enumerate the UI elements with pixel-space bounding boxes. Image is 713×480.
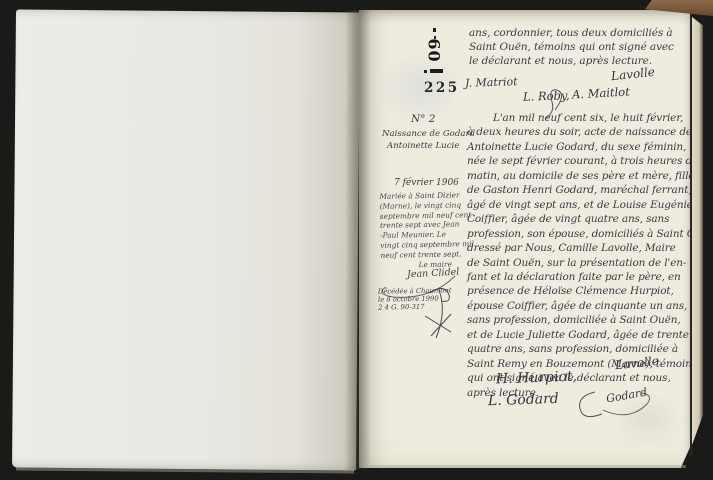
folio-number: 225: [424, 80, 460, 96]
handwritten-line: de Saint Ouën, sur la présentation de l'…: [467, 256, 690, 270]
signature-roby: L. Roby,: [523, 88, 570, 104]
margin-date: 7 février 1906: [394, 178, 459, 188]
handwritten-line: épouse Coiffier, âgée de cinquante un an…: [467, 299, 690, 313]
handwritten-line: matin, au domicile de ses père et mère, …: [467, 169, 690, 183]
book-gutter-shadow: [345, 10, 371, 470]
handwritten-line: profession, son épouse, domiciliés à Sai…: [467, 227, 690, 241]
handwritten-line: fant et la déclaration faite par le père…: [467, 270, 690, 284]
margin-title: Naissance de Godard: [382, 129, 475, 139]
handwritten-line: de Gaston Henri Godard, maréchal ferrant…: [467, 183, 690, 197]
stamp-mark: [433, 28, 436, 32]
signature-maitlot: A. Maitlot: [572, 84, 630, 101]
handwritten-line: née le sept février courant, à trois heu…: [467, 154, 690, 168]
page-stack-edge: [362, 465, 686, 468]
handwritten-line: et de Lucie Juliette Godard, âgée de tre…: [467, 328, 690, 342]
handwritten-line: neuf cent trente sept.: [380, 249, 474, 260]
handwritten-line: à deux heures du soir, acte de naissance…: [467, 125, 690, 139]
death-marginal-mention: Décédée à Chaumont le 8 octobre 1990 2 4…: [378, 286, 452, 312]
stamp-mark: [424, 70, 427, 73]
left-page-blank: [12, 10, 360, 471]
photographed-register-spread: 60 225 ans, cordonnier, tous deux domici…: [0, 0, 713, 480]
previous-act-fragment: ans, cordonnier, tous deux domiciliés à …: [469, 26, 674, 68]
handwritten-line: Saint Ouën, témoins qui ont signé avec: [469, 40, 674, 54]
signature-matriot: J. Matriot: [465, 75, 518, 90]
stamp-mark: [430, 69, 443, 73]
handwritten-line: présence de Héloïse Clémence Hurpiot,: [467, 284, 690, 298]
handwritten-line: Coiffier, âgée de vingt quatre ans, sans: [467, 212, 690, 226]
page-stack-edge: [692, 17, 703, 445]
handwritten-line: Antoinette Lucie Godard, du sexe féminin…: [467, 140, 690, 154]
act-number: N° 2: [411, 113, 435, 125]
handwritten-line: dressé par Nous, Camille Lavolle, Maire: [467, 241, 690, 255]
handwritten-line: ans, cordonnier, tous deux domiciliés à: [469, 26, 674, 40]
handwritten-line: sans profession, domiciliée à Saint Ouën…: [467, 313, 690, 327]
signature-l-godard: L. Godard: [488, 391, 559, 409]
handwritten-line: âgé de vingt sept ans, et de Louise Eugé…: [467, 198, 690, 212]
folio-stamp-vertical: 60: [425, 38, 444, 62]
marriage-marginal-mention: Mariée à Saint Dizier (Marne), le vingt …: [379, 190, 474, 270]
signature-mayor-mention: Jean Clidel: [407, 267, 460, 281]
handwritten-line: L'an mil neuf cent six, le huit février,: [467, 111, 690, 125]
margin-title: Antoinette Lucie: [387, 141, 459, 151]
signature-hurpiot: H. Hurpiot,: [496, 369, 577, 388]
right-page: 60 225 ans, cordonnier, tous deux domici…: [359, 10, 690, 468]
page-edge-line: [690, 13, 692, 455]
handwritten-line: 2 4 G. 90-317: [378, 303, 452, 312]
